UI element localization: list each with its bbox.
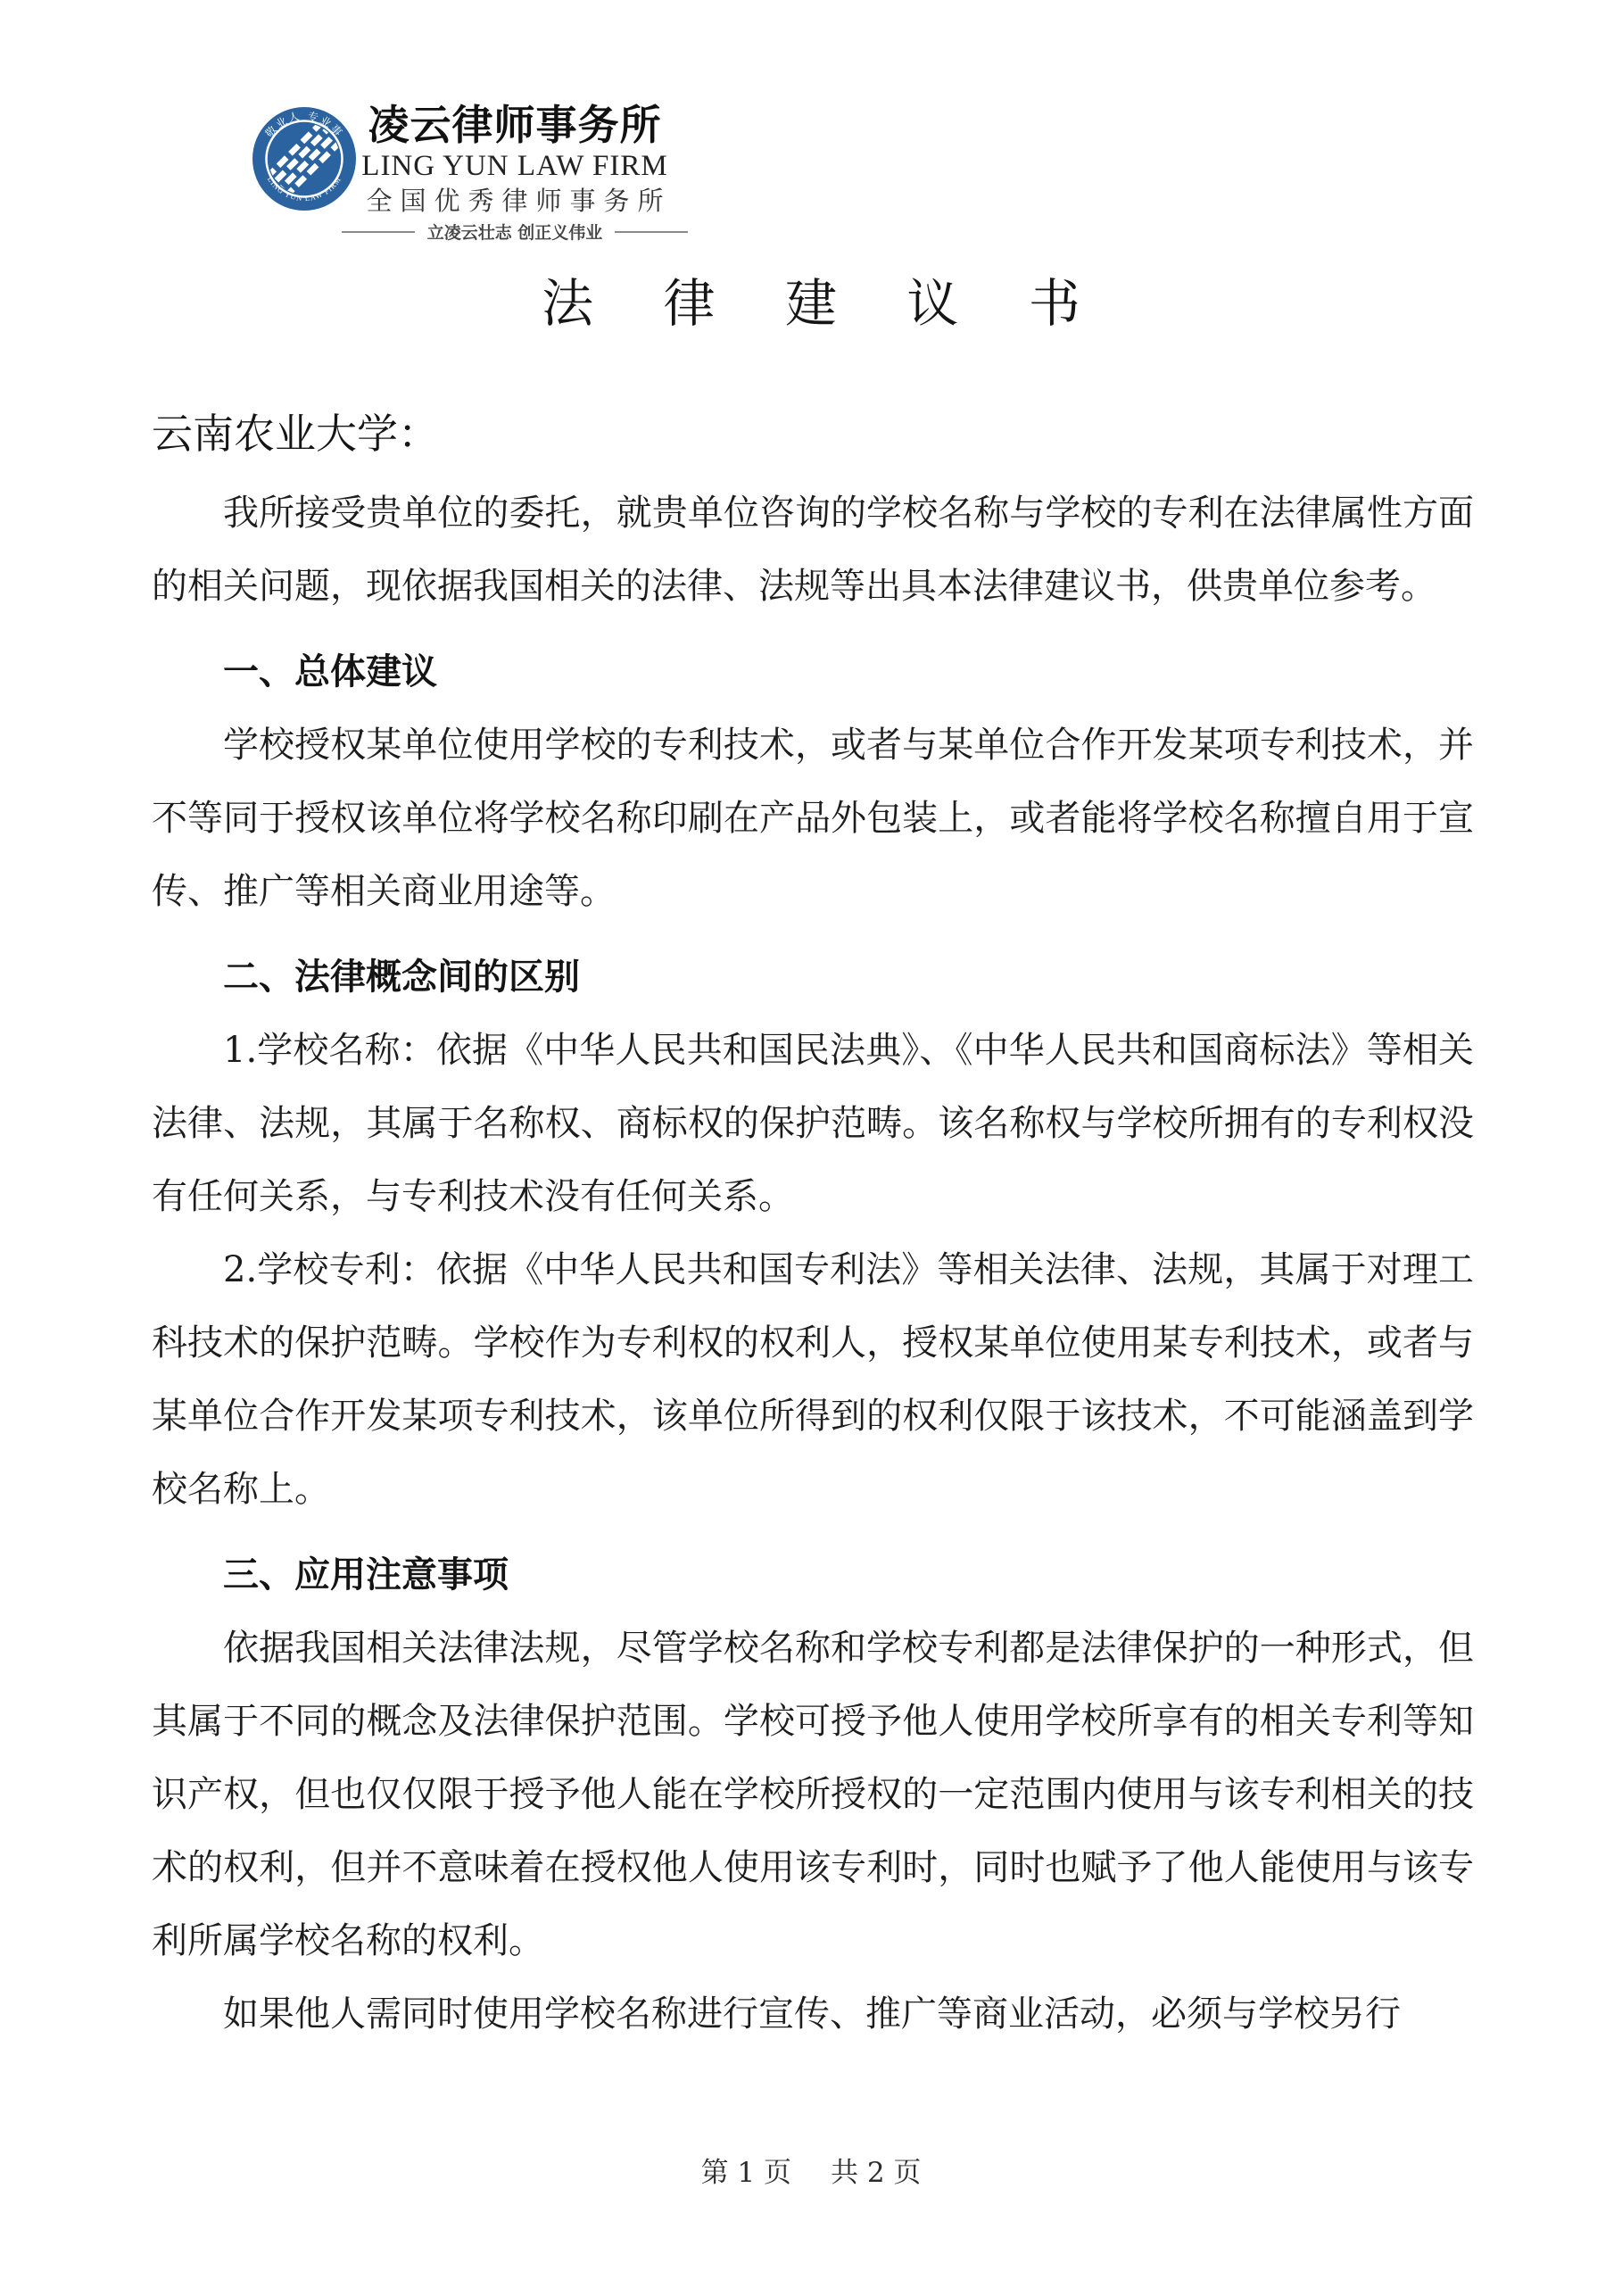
salutation: 云南农业大学： [152,403,439,464]
letterhead: 敬业人 专业事 LING YUN LAW FIRM 凌云律师事务所 LING Y… [251,102,665,244]
paragraph-section-2-item-2: 2.学校专利：依据《中华人民共和国专利法》等相关法律、法规，其属于对理工科技术的… [152,1233,1474,1526]
section-heading-1: 一、总体建议 [152,635,1474,709]
firm-name-en: LING YUN LAW FIRM [361,148,667,184]
paragraph-section-2-item-1: 1.学校名称：依据《中华人民共和国民法典》、《中华人民共和国商标法》等相关法律、… [152,1014,1474,1233]
firm-motto: 立凌云壮志 创正义伟业 [342,220,689,244]
firm-brand-block: 凌云律师事务所 LING YUN LAW FIRM 全国优秀律师事务所 立凌云壮… [365,102,665,244]
page-total: 共 2 页 [831,2157,921,2189]
paragraph-intro: 我所接受贵单位的委托，就贵单位咨询的学校名称与学校的专利在法律属性方面的相关问题… [152,477,1474,623]
paragraph-section-1: 学校授权某单位使用学校的专利技术，或者与某单位合作开发某项专利技术，并不等同于授… [152,709,1474,928]
paragraph-section-3-cont: 如果他人需同时使用学校名称进行宣传、推广等商业活动，必须与学校另行 [152,1977,1474,2051]
document-title: 法 律 建 议 书 [0,261,1622,346]
firm-subtitle: 全国优秀律师事务所 [359,184,672,218]
firm-name-cn: 凌云律师事务所 [368,102,662,148]
paragraph-section-3: 依据我国相关法律法规，尽管学校名称和学校专利都是法律保护的一种形式，但其属于不同… [152,1612,1474,1977]
section-heading-2: 二、法律概念间的区别 [152,941,1474,1014]
section-heading-3: 三、应用注意事项 [152,1538,1474,1612]
page-number: 第 1 页 [701,2157,791,2189]
legal-advice-document-page: 敬业人 专业事 LING YUN LAW FIRM 凌云律师事务所 LING Y… [0,0,1622,2296]
document-body: 我所接受贵单位的委托，就贵单位咨询的学校名称与学校的专利在法律属性方面的相关问题… [152,477,1474,2051]
law-firm-seal-icon: 敬业人 专业事 LING YUN LAW FIRM [251,105,358,212]
page-footer: 第 1 页共 2 页 [0,2152,1622,2193]
